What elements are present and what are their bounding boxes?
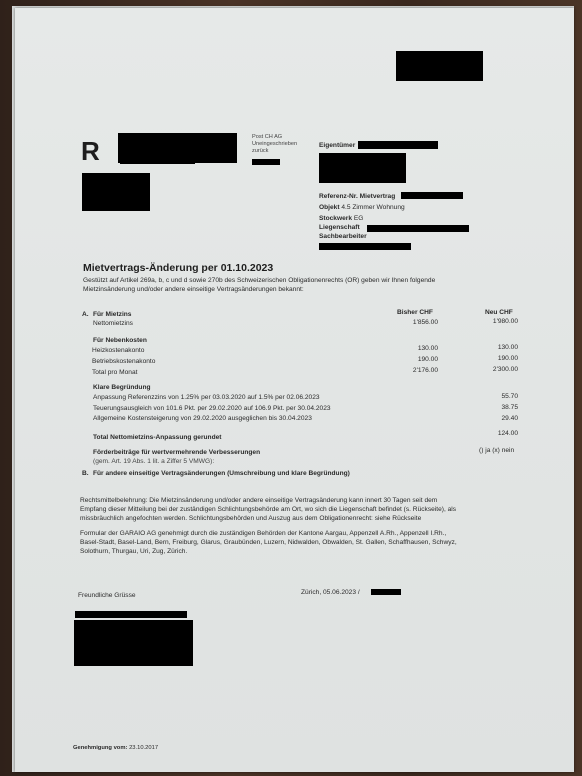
rent-new-value: 1'980.00 xyxy=(458,317,518,326)
legal-line: Empfang dieser Mitteilung bei der zustän… xyxy=(80,505,560,514)
approval-date-value: 23.10.2017 xyxy=(129,745,158,751)
approval-line: Solothurn, Thurgau, Uri, Zug, Zürich. xyxy=(80,547,560,556)
redacted-property xyxy=(367,225,469,232)
total-month-new-value: 2'300.00 xyxy=(458,365,518,374)
owner-label: Eigentümer xyxy=(319,141,355,150)
rent-old-value: 1'856.00 xyxy=(378,318,438,327)
rent-change-letter: R Post CH AG Uneingeschrieben zurück Eig… xyxy=(15,8,574,772)
postal-note-line: Uneingeschrieben xyxy=(252,141,297,148)
floor-value: EG xyxy=(354,215,364,222)
postal-note-line: zurück xyxy=(252,148,297,155)
reason-heading: Klare Begründung xyxy=(93,383,151,392)
nebenkosten-heading: Für Nebenkosten xyxy=(93,336,147,345)
redacted-owner-address xyxy=(319,153,406,183)
contribution-label: Förderbeiträge für wertvermehrende Verbe… xyxy=(93,448,260,457)
reason-value: 38.75 xyxy=(458,403,518,412)
section-a-marker: A. xyxy=(82,310,89,319)
redacted-sender-line xyxy=(120,158,195,164)
section-b-marker: B. xyxy=(82,469,89,478)
heating-label: Heizkostenakonto xyxy=(92,346,144,355)
section-a-heading: Für Mietzins xyxy=(93,310,131,319)
approval-date-label: Genehmigung vom: xyxy=(73,745,127,751)
place-date: Zürich, 05.06.2023 / xyxy=(301,588,360,597)
redacted-block xyxy=(396,51,483,81)
reason-line: Allgemeine Kostensteigerung von 29.02.20… xyxy=(93,414,312,423)
postal-note: Post CH AG Uneingeschrieben zurück xyxy=(252,134,297,156)
heating-old-value: 130.00 xyxy=(378,344,438,353)
redacted-owner xyxy=(358,141,438,149)
floor-label: Stockwerk xyxy=(319,215,352,222)
redacted-clerk xyxy=(319,243,411,250)
object-row: Objekt 4.5 Zimmer Wohnung xyxy=(319,203,405,212)
redacted-postal-code xyxy=(252,159,280,165)
approval-line: Formular der GARAIO AG genehmigt durch d… xyxy=(80,529,560,538)
section-b-heading: Für andere einseitige Vertragsänderungen… xyxy=(93,469,350,478)
greeting: Freundliche Grüsse xyxy=(78,591,136,600)
reason-value: 55.70 xyxy=(458,392,518,401)
redacted-signatory-line xyxy=(75,611,187,618)
intro-text: Gestützt auf Artikel 269a, b, c und d so… xyxy=(83,276,543,294)
reason-line: Anpassung Referenzzins von 1.25% per 03.… xyxy=(93,393,320,402)
redacted-signature xyxy=(74,620,193,666)
property-label: Liegenschaft xyxy=(319,223,360,232)
redacted-reference xyxy=(401,192,463,199)
operating-label: Betriebskostenakonto xyxy=(92,357,155,366)
legal-line: Rechtsmittelbelehrung: Die Mietzinsänder… xyxy=(80,496,560,505)
postal-note-line: Post CH AG xyxy=(252,134,297,141)
redacted-recipient-address xyxy=(82,173,150,211)
reason-value: 29.40 xyxy=(458,414,518,423)
total-adjustment-label: Total Nettomietzins-Anpassung gerundet xyxy=(93,433,221,442)
operating-old-value: 190.00 xyxy=(378,355,438,364)
heating-new-value: 130.00 xyxy=(458,343,518,352)
floor-row: Stockwerk EG xyxy=(319,214,363,223)
column-old-header: Bisher CHF xyxy=(397,308,433,317)
object-label: Objekt xyxy=(319,204,340,211)
rent-label: Nettomietzins xyxy=(93,319,133,328)
approval-line: Basel-Stadt, Basel-Land, Bern, Freiburg,… xyxy=(80,538,560,547)
redacted-signature-name xyxy=(371,589,401,595)
total-month-old-value: 2'176.00 xyxy=(378,366,438,375)
object-value: 4.5 Zimmer Wohnung xyxy=(341,204,404,211)
column-new-header: Neu CHF xyxy=(485,308,513,317)
document-title: Mietvertrags-Änderung per 01.10.2023 xyxy=(83,262,273,274)
clerk-label: Sachbearbeiter xyxy=(319,232,367,241)
intro-line: Gestützt auf Artikel 269a, b, c und d so… xyxy=(83,276,543,285)
approval-note: Formular der GARAIO AG genehmigt durch d… xyxy=(80,529,560,556)
contribution-sub: (gem. Art. 19 Abs. 1 lit. a Ziffer 5 VMW… xyxy=(93,457,214,466)
operating-new-value: 190.00 xyxy=(458,354,518,363)
reason-line: Teuerungsausgleich von 101.6 Pkt. per 29… xyxy=(93,404,331,413)
reference-label: Referenz-Nr. Mietvertrag xyxy=(319,192,395,201)
approval-date: Genehmigung vom: 23.10.2017 xyxy=(73,745,158,751)
total-month-label: Total pro Monat xyxy=(92,368,137,377)
intro-line: Mietzinsänderung und/oder andere einseit… xyxy=(83,285,543,294)
legal-line: missbräuchlich angefochten werden. Schli… xyxy=(80,514,560,523)
contribution-choice: () ja (x) nein xyxy=(479,446,514,455)
total-adjustment-value: 124.00 xyxy=(458,429,518,438)
sender-initial: R xyxy=(81,136,100,167)
legal-notice: Rechtsmittelbelehrung: Die Mietzinsänder… xyxy=(80,496,560,523)
